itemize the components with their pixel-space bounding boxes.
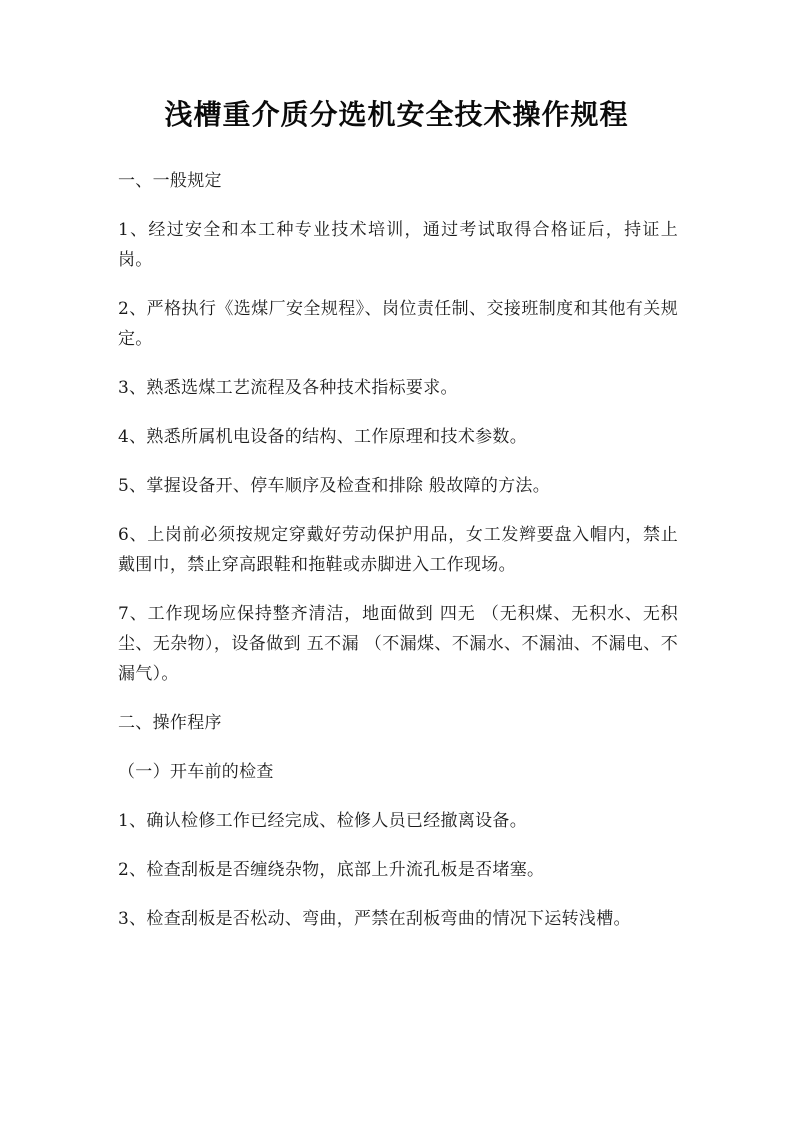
rule-item-2: 2、严格执行《选煤厂安全规程》、岗位责任制、交接班制度和其他有关规定。 bbox=[118, 294, 678, 354]
rule-item-7: 7、工作现场应保持整齐清洁，地面做到 四无 （无积煤、无积水、无积尘、无杂物），… bbox=[118, 599, 678, 689]
subsection-heading-pre-start-check: （一）开车前的检查 bbox=[118, 757, 678, 787]
document-page: 浅槽重介质分选机安全技术操作规程 一、一般规定 1、经过安全和本工种专业技术培训… bbox=[0, 0, 793, 1122]
document-title: 浅槽重介质分选机安全技术操作规程 bbox=[0, 95, 793, 135]
check-item-3: 3、检查刮板是否松动、弯曲，严禁在刮板弯曲的情况下运转浅槽。 bbox=[118, 904, 678, 934]
rule-item-3: 3、熟悉选煤工艺流程及各种技术指标要求。 bbox=[118, 373, 678, 403]
document-body: 一、一般规定 1、经过安全和本工种专业技术培训，通过考试取得合格证后，持证上岗。… bbox=[118, 166, 678, 953]
rule-item-5: 5、掌握设备开、停车顺序及检查和排除 般故障的方法。 bbox=[118, 471, 678, 501]
check-item-2: 2、检查刮板是否缠绕杂物，底部上升流孔板是否堵塞。 bbox=[118, 855, 678, 885]
section-heading-operating-procedure: 二、操作程序 bbox=[118, 708, 678, 738]
rule-item-1: 1、经过安全和本工种专业技术培训，通过考试取得合格证后，持证上岗。 bbox=[118, 215, 678, 275]
rule-item-6: 6、上岗前必须按规定穿戴好劳动保护用品，女工发辫要盘入帽内，禁止戴围巾，禁止穿高… bbox=[118, 520, 678, 580]
check-item-1: 1、确认检修工作已经完成、检修人员已经撤离设备。 bbox=[118, 806, 678, 836]
rule-item-4: 4、熟悉所属机电设备的结构、工作原理和技术参数。 bbox=[118, 422, 678, 452]
section-heading-general-rules: 一、一般规定 bbox=[118, 166, 678, 196]
